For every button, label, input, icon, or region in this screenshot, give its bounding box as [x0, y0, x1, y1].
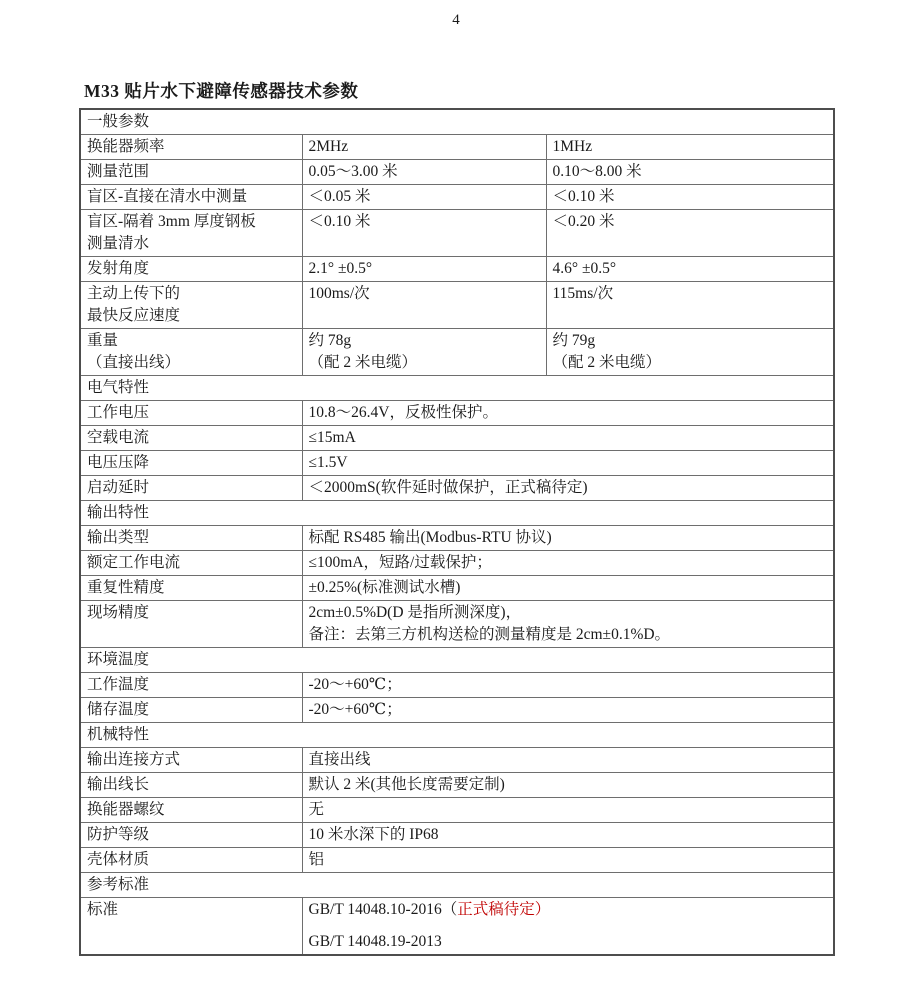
cell-line: 换能器螺纹	[87, 799, 296, 821]
value-cell: 约 79g（配 2 米电缆）	[546, 329, 834, 376]
cell-line: 现场精度	[87, 602, 296, 624]
section-cell: 一般参数	[80, 109, 834, 135]
param-cell: 电压压降	[80, 451, 302, 476]
param-cell: 启动延时	[80, 476, 302, 501]
cell-line: 输出线长	[87, 774, 296, 796]
value-cell: ＜2000mS(软件延时做保护，正式稿待定)	[302, 476, 834, 501]
value-cell: 约 78g（配 2 米电缆）	[302, 329, 546, 376]
spec-row: 输出线长默认 2 米(其他长度需要定制)	[80, 773, 834, 798]
cell-line: 测量范围	[87, 161, 296, 183]
cell-line: 启动延时	[87, 477, 296, 499]
section-row: 环境温度	[80, 648, 834, 673]
cell-line: （直接出线）	[87, 352, 296, 374]
param-cell: 发射角度	[80, 257, 302, 282]
cell-line: 电压压降	[87, 452, 296, 474]
value-cell: 100ms/次	[302, 282, 546, 329]
spec-row: 换能器频率2MHz1MHz	[80, 135, 834, 160]
cell-line: 一般参数	[87, 111, 827, 133]
param-cell: 现场精度	[80, 601, 302, 648]
cell-line: 额定工作电流	[87, 552, 296, 574]
cell-line: GB/T 14048.19-2013	[309, 931, 828, 953]
cell-line: 115ms/次	[553, 283, 828, 305]
param-cell: 重量（直接出线）	[80, 329, 302, 376]
cell-line: -20～+60℃；	[309, 699, 828, 721]
param-cell: 换能器螺纹	[80, 798, 302, 823]
cell-line: ≤1.5V	[309, 452, 828, 474]
cell-line: 约 78g	[309, 330, 540, 352]
section-cell: 输出特性	[80, 501, 834, 526]
cell-line: ≤100mA，短路/过载保护；	[309, 552, 828, 574]
cell-line: 无	[309, 799, 828, 821]
section-row: 电气特性	[80, 376, 834, 401]
param-cell: 盲区-直接在清水中测量	[80, 185, 302, 210]
spec-row: 输出连接方式直接出线	[80, 748, 834, 773]
value-cell: 标配 RS485 输出(Modbus-RTU 协议)	[302, 526, 834, 551]
param-cell: 防护等级	[80, 823, 302, 848]
cell-line: ＜0.10 米	[553, 186, 828, 208]
document-page: { "page": { "number": "4", "title": "M33…	[0, 0, 912, 983]
spec-row: 电压压降≤1.5V	[80, 451, 834, 476]
section-cell: 参考标准	[80, 873, 834, 898]
spec-row: 重量（直接出线）约 78g（配 2 米电缆）约 79g（配 2 米电缆）	[80, 329, 834, 376]
value-cell: ≤100mA，短路/过载保护；	[302, 551, 834, 576]
cell-line: 标配 RS485 输出(Modbus-RTU 协议)	[309, 527, 828, 549]
value-cell: 1MHz	[546, 135, 834, 160]
section-cell: 电气特性	[80, 376, 834, 401]
spec-row: 空载电流≤15mA	[80, 426, 834, 451]
spec-row: 现场精度2cm±0.5%D(D 是指所测深度)，备注：去第三方机构送检的测量精度…	[80, 601, 834, 648]
spec-row: 主动上传下的最快反应速度100ms/次115ms/次	[80, 282, 834, 329]
cell-line: 默认 2 米(其他长度需要定制)	[309, 774, 828, 796]
cell-line: 最快反应速度	[87, 305, 296, 327]
value-cell: 默认 2 米(其他长度需要定制)	[302, 773, 834, 798]
cell-line: 0.05～3.00 米	[309, 161, 540, 183]
param-cell: 工作温度	[80, 673, 302, 698]
cell-line: 工作温度	[87, 674, 296, 696]
cell-line: 备注：去第三方机构送检的测量精度是 2cm±0.1%D。	[309, 624, 828, 646]
cell-line: ＜2000mS(软件延时做保护，正式稿待定)	[309, 477, 828, 499]
param-cell: 额定工作电流	[80, 551, 302, 576]
value-cell: 10 米水深下的 IP68	[302, 823, 834, 848]
cell-line: 4.6° ±0.5°	[553, 258, 828, 280]
cell-line: 主动上传下的	[87, 283, 296, 305]
cell-line: 电气特性	[87, 377, 827, 399]
cell-line: 重复性精度	[87, 577, 296, 599]
spec-row: 额定工作电流≤100mA，短路/过载保护；	[80, 551, 834, 576]
cell-line: 10.8～26.4V，反极性保护。	[309, 402, 828, 424]
cell-line: ＜0.20 米	[553, 211, 828, 233]
value-cell: GB/T 14048.10-2016（正式稿待定）GB/T 14048.19-2…	[302, 898, 834, 956]
param-cell: 输出线长	[80, 773, 302, 798]
value-cell: ＜0.10 米	[546, 185, 834, 210]
spec-row: 盲区-隔着 3mm 厚度钢板测量清水＜0.10 米＜0.20 米	[80, 210, 834, 257]
param-cell: 重复性精度	[80, 576, 302, 601]
cell-line: 重量	[87, 330, 296, 352]
value-cell: 铝	[302, 848, 834, 873]
cell-line: ±0.25%(标准测试水槽)	[309, 577, 828, 599]
value-cell: -20～+60℃；	[302, 673, 834, 698]
section-row: 一般参数	[80, 109, 834, 135]
spec-row: 测量范围0.05～3.00 米0.10～8.00 米	[80, 160, 834, 185]
cell-line: GB/T 14048.10-2016（正式稿待定）	[309, 899, 828, 921]
value-cell: ≤1.5V	[302, 451, 834, 476]
value-cell: 2cm±0.5%D(D 是指所测深度)，备注：去第三方机构送检的测量精度是 2c…	[302, 601, 834, 648]
cell-line: 100ms/次	[309, 283, 540, 305]
cell-line: （配 2 米电缆）	[309, 352, 540, 374]
cell-line: 标准	[87, 899, 296, 921]
cell-line: ＜0.10 米	[309, 211, 540, 233]
spec-row: 壳体材质铝	[80, 848, 834, 873]
cell-line: 输出类型	[87, 527, 296, 549]
spec-row: 重复性精度±0.25%(标准测试水槽)	[80, 576, 834, 601]
value-cell: 0.05～3.00 米	[302, 160, 546, 185]
spec-row: 防护等级10 米水深下的 IP68	[80, 823, 834, 848]
cell-line: 2cm±0.5%D(D 是指所测深度)，	[309, 602, 828, 624]
text-segment: GB/T 14048.10-2016（	[309, 901, 458, 918]
value-cell: ＜0.10 米	[302, 210, 546, 257]
param-cell: 输出连接方式	[80, 748, 302, 773]
value-cell: 115ms/次	[546, 282, 834, 329]
cell-line: 盲区-隔着 3mm 厚度钢板	[87, 211, 296, 233]
cell-line: ≤15mA	[309, 427, 828, 449]
cell-line: 2MHz	[309, 136, 540, 158]
spec-row: 换能器螺纹无	[80, 798, 834, 823]
cell-line: 盲区-直接在清水中测量	[87, 186, 296, 208]
value-cell: ＜0.05 米	[302, 185, 546, 210]
param-cell: 空载电流	[80, 426, 302, 451]
param-cell: 标准	[80, 898, 302, 956]
cell-line: ＜0.05 米	[309, 186, 540, 208]
spec-row: 发射角度2.1° ±0.5°4.6° ±0.5°	[80, 257, 834, 282]
cell-line: 壳体材质	[87, 849, 296, 871]
spec-row: 输出类型标配 RS485 输出(Modbus-RTU 协议)	[80, 526, 834, 551]
cell-line: 输出连接方式	[87, 749, 296, 771]
param-cell: 输出类型	[80, 526, 302, 551]
cell-line: 约 79g	[553, 330, 828, 352]
section-row: 参考标准	[80, 873, 834, 898]
cell-line: 输出特性	[87, 502, 827, 524]
value-cell: 2.1° ±0.5°	[302, 257, 546, 282]
cell-line: 测量清水	[87, 233, 296, 255]
cell-line: 防护等级	[87, 824, 296, 846]
param-cell: 主动上传下的最快反应速度	[80, 282, 302, 329]
value-cell: ±0.25%(标准测试水槽)	[302, 576, 834, 601]
value-cell: 4.6° ±0.5°	[546, 257, 834, 282]
section-row: 机械特性	[80, 723, 834, 748]
section-cell: 机械特性	[80, 723, 834, 748]
value-cell: 直接出线	[302, 748, 834, 773]
cell-line: -20～+60℃；	[309, 674, 828, 696]
param-cell: 换能器频率	[80, 135, 302, 160]
value-cell: 无	[302, 798, 834, 823]
spec-row: 工作温度-20～+60℃；	[80, 673, 834, 698]
spec-row: 盲区-直接在清水中测量＜0.05 米＜0.10 米	[80, 185, 834, 210]
param-cell: 盲区-隔着 3mm 厚度钢板测量清水	[80, 210, 302, 257]
cell-line: 0.10～8.00 米	[553, 161, 828, 183]
cell-line: 换能器频率	[87, 136, 296, 158]
red-note-text: 正式稿待定）	[457, 901, 550, 918]
spec-table-body: 一般参数换能器频率2MHz1MHz测量范围0.05～3.00 米0.10～8.0…	[80, 109, 834, 955]
param-cell: 测量范围	[80, 160, 302, 185]
value-cell: 0.10～8.00 米	[546, 160, 834, 185]
value-cell: ＜0.20 米	[546, 210, 834, 257]
section-cell: 环境温度	[80, 648, 834, 673]
section-row: 输出特性	[80, 501, 834, 526]
cell-line: 空载电流	[87, 427, 296, 449]
cell-line: 环境温度	[87, 649, 827, 671]
spec-table: 一般参数换能器频率2MHz1MHz测量范围0.05～3.00 米0.10～8.0…	[79, 108, 835, 956]
cell-line: 10 米水深下的 IP68	[309, 824, 828, 846]
cell-line: 直接出线	[309, 749, 828, 771]
spec-row: 标准GB/T 14048.10-2016（正式稿待定）GB/T 14048.19…	[80, 898, 834, 956]
spec-row: 工作电压10.8～26.4V，反极性保护。	[80, 401, 834, 426]
value-cell: ≤15mA	[302, 426, 834, 451]
value-cell: 2MHz	[302, 135, 546, 160]
value-cell: -20～+60℃；	[302, 698, 834, 723]
cell-line: 铝	[309, 849, 828, 871]
param-cell: 储存温度	[80, 698, 302, 723]
spec-row: 储存温度-20～+60℃；	[80, 698, 834, 723]
spec-row: 启动延时＜2000mS(软件延时做保护，正式稿待定)	[80, 476, 834, 501]
param-cell: 工作电压	[80, 401, 302, 426]
cell-line: 2.1° ±0.5°	[309, 258, 540, 280]
page-number: 4	[0, 12, 912, 29]
cell-line: （配 2 米电缆）	[553, 352, 828, 374]
cell-line: 参考标准	[87, 874, 827, 896]
value-cell: 10.8～26.4V，反极性保护。	[302, 401, 834, 426]
cell-line: 储存温度	[87, 699, 296, 721]
cell-line: 机械特性	[87, 724, 827, 746]
cell-line: 1MHz	[553, 136, 828, 158]
param-cell: 壳体材质	[80, 848, 302, 873]
cell-line: 工作电压	[87, 402, 296, 424]
document-title: M33 贴片水下避障传感器技术参数	[84, 78, 358, 103]
cell-line: 发射角度	[87, 258, 296, 280]
